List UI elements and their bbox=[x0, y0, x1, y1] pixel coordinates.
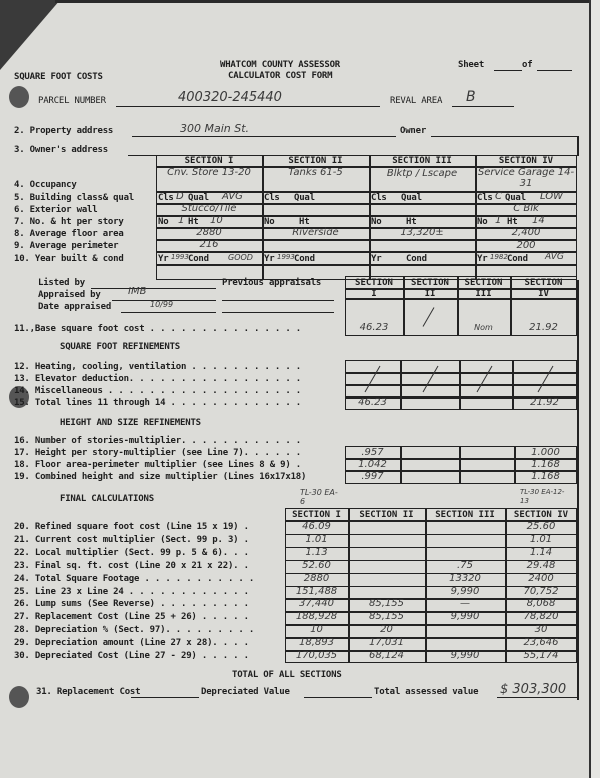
final-row-sec3-value[interactable]: 9,990 bbox=[425, 586, 505, 597]
final-row-label: 20. Refined square foot cost (Line 15 x … bbox=[14, 522, 249, 532]
final-row-sec1-value[interactable]: 10 bbox=[285, 624, 348, 635]
total-11-14-sec4[interactable]: 21.92 bbox=[512, 397, 577, 408]
building-class-label: 5. Building class& qual bbox=[14, 193, 134, 203]
ht-label-sec4: Ht bbox=[507, 217, 517, 227]
final-row-sec1-value[interactable]: 170,035 bbox=[285, 650, 348, 661]
class-label-sec4: Cls bbox=[477, 193, 493, 203]
page-top-edge bbox=[55, 0, 600, 3]
ht-label-sec1: Ht bbox=[188, 217, 198, 227]
no-label-sec2: No bbox=[264, 217, 274, 227]
grid-divider bbox=[400, 446, 402, 484]
yr-label-sec2: Yr bbox=[264, 254, 274, 264]
square-foot-costs-title: SQUARE FOOT COSTS bbox=[14, 72, 103, 82]
parcel-number-label: PARCEL NUMBER bbox=[38, 96, 106, 106]
grid-row-line bbox=[156, 264, 577, 266]
floor-area-label: 8. Average floor area bbox=[14, 229, 124, 239]
grid-row-line bbox=[156, 251, 577, 253]
final-row-sec1-value[interactable]: 52.60 bbox=[285, 560, 348, 571]
final-row-sec3-value[interactable]: 9,990 bbox=[425, 611, 505, 622]
final-row-sec4-value[interactable]: 70,752 bbox=[505, 586, 577, 597]
occupancy-sec4[interactable]: Service Garage 14-31 bbox=[477, 167, 575, 189]
final-section-2-header: SECTION II bbox=[348, 510, 425, 520]
previous-appraisal-field-1[interactable] bbox=[222, 300, 334, 301]
final-section-3-header: SECTION III bbox=[425, 510, 505, 520]
section-1-header-bottom: I bbox=[345, 289, 403, 299]
section-2-header-bottom: II bbox=[403, 289, 457, 299]
section-4-header-bottom: IV bbox=[510, 289, 577, 299]
owner-field[interactable] bbox=[431, 136, 577, 137]
final-row-label: 21. Current cost multiplier (Sect. 99 p.… bbox=[14, 535, 249, 545]
final-section-1-header: SECTION I bbox=[285, 510, 348, 520]
cond-label-sec1: Cond bbox=[188, 254, 209, 264]
class-sec4[interactable]: C bbox=[495, 191, 502, 202]
grid-divider bbox=[400, 360, 402, 410]
occupancy-label: 4. Occupancy bbox=[14, 180, 77, 190]
final-row-sec4-value[interactable]: 30 bbox=[505, 624, 577, 635]
floor-area-sec4[interactable]: 2,400 bbox=[477, 227, 575, 238]
base-cost-sec3[interactable]: Nom bbox=[457, 323, 510, 332]
base-cost-sec4[interactable]: 21.92 bbox=[510, 322, 577, 333]
final-row-sec4-value[interactable]: 23,646 bbox=[505, 637, 577, 648]
class-label-sec1: Cls bbox=[158, 193, 174, 203]
qual-label-sec2: Qual bbox=[294, 193, 315, 203]
final-row-sec4-value[interactable]: 55,174 bbox=[505, 650, 577, 661]
final-row-sec4-value[interactable]: 1.01 bbox=[505, 534, 577, 545]
of-label: of bbox=[522, 60, 532, 70]
qual-sec1[interactable]: AVG bbox=[222, 191, 243, 202]
cond-label-sec4: Cond bbox=[507, 254, 528, 264]
final-section-4-header: SECTION IV bbox=[505, 510, 577, 520]
total-11-14-label: 15. Total lines 11 through 14 . . . . . … bbox=[14, 398, 301, 408]
final-row-label: 26. Lump sums (See Reverse) . . . . . . … bbox=[14, 599, 249, 609]
height-multiplier-label: 17. Height per story-multiplier (see Lin… bbox=[14, 448, 301, 458]
no-sec1[interactable]: 1 bbox=[178, 215, 184, 226]
no-sec4[interactable]: 1 bbox=[495, 215, 501, 226]
cond-label-sec3: Cond bbox=[406, 254, 427, 264]
totals-title: TOTAL OF ALL SECTIONS bbox=[232, 670, 342, 680]
depreciated-value-field[interactable] bbox=[304, 697, 372, 698]
reval-area-field[interactable] bbox=[452, 106, 514, 107]
date-appraised-value: 10/99 bbox=[150, 300, 173, 309]
final-row-sec4-value[interactable]: 1.14 bbox=[505, 547, 577, 558]
height-multiplier-sec1[interactable]: .957 bbox=[345, 447, 400, 458]
year-built-label: 10. Year built & cond bbox=[14, 254, 124, 264]
ht-sec4[interactable]: 14 bbox=[532, 215, 545, 226]
page-right-edge bbox=[589, 0, 600, 778]
base-cost-sec1[interactable]: 46.23 bbox=[345, 322, 403, 333]
final-row-sec1-value[interactable]: 37,440 bbox=[285, 598, 348, 609]
owner-label: Owner bbox=[400, 126, 426, 136]
final-row-sec1-value[interactable]: 1.01 bbox=[285, 534, 348, 545]
final-row-sec1-value[interactable]: 46.09 bbox=[285, 521, 348, 532]
annotation-sec4: TL-30 EA-12-13 bbox=[520, 488, 570, 506]
sheet-label: Sheet bbox=[458, 60, 484, 70]
previous-appraisals-label: Previous appraisals bbox=[222, 278, 321, 288]
miscellaneous-label: 14. Miscellaneous . . . . . . . . . . . … bbox=[14, 386, 301, 396]
year-sec4[interactable]: 1982 bbox=[490, 253, 508, 261]
date-appraised-label: Date appraised bbox=[38, 302, 111, 312]
final-row-sec3-value[interactable]: — bbox=[425, 598, 505, 609]
final-row-label: 30. Depreciated Cost (Line 27 - 29) . . … bbox=[14, 651, 249, 661]
section-2-header: SECTION II bbox=[262, 156, 369, 166]
replacement-cost-field[interactable] bbox=[131, 697, 199, 698]
property-address-value: 300 Main St. bbox=[180, 122, 249, 135]
stories-label: 7. No. & ht per story bbox=[14, 217, 124, 227]
floor-area-sec1[interactable]: 2880 bbox=[158, 227, 260, 238]
qual-label-sec1: Qual bbox=[188, 193, 209, 203]
section-4-header: SECTION IV bbox=[475, 156, 577, 166]
final-row-sec2-value[interactable]: 68,124 bbox=[348, 650, 425, 661]
no-label-sec1: No bbox=[158, 217, 168, 227]
hvac-label: 12. Heating, cooling, ventilation . . . … bbox=[14, 362, 301, 372]
floor-area-multiplier-sec1[interactable]: 1.042 bbox=[345, 459, 400, 470]
previous-appraisal-field-2[interactable] bbox=[222, 312, 334, 313]
grid-row-line bbox=[345, 372, 577, 374]
yr-label-sec1: Yr bbox=[158, 254, 168, 264]
right-border bbox=[577, 280, 579, 700]
occupancy-sec3[interactable]: Blktp / Lscape bbox=[371, 168, 473, 179]
exterior-wall-sec1[interactable]: Stucco/Tile bbox=[158, 203, 260, 214]
base-cost-label: 11.,Base square foot cost . . . . . . . … bbox=[14, 324, 301, 334]
final-row-label: 25. Line 23 x Line 24 . . . . . . . . . … bbox=[14, 587, 249, 597]
final-row-sec2-value[interactable]: 20 bbox=[348, 624, 425, 635]
exterior-wall-sec4[interactable]: C Blk bbox=[477, 203, 575, 214]
qual-label-sec3: Qual bbox=[401, 193, 422, 203]
final-row-sec1-value[interactable]: 188,928 bbox=[285, 611, 348, 622]
stories-multiplier-label: 16. Number of stories-multiplier. . . . … bbox=[14, 436, 301, 446]
final-row-label: 28. Depreciation % (Sect. 97). . . . . .… bbox=[14, 625, 254, 635]
final-row-label: 27. Replacement Cost (Line 25 + 26) . . … bbox=[14, 612, 249, 622]
floor-area-sec3[interactable]: 13,320± bbox=[371, 227, 473, 238]
class-label-sec3: Cls bbox=[371, 193, 387, 203]
replacement-cost-label: 31. Replacement Cost bbox=[36, 687, 140, 697]
listed-by-field[interactable] bbox=[91, 288, 216, 289]
property-address-field[interactable] bbox=[132, 136, 396, 137]
exterior-wall-label: 6. Exterior wall bbox=[14, 205, 98, 215]
combined-multiplier-label: 19. Combined height and size multiplier … bbox=[14, 472, 306, 482]
property-address-label: 2. Property address bbox=[14, 126, 113, 136]
ht-label-sec2: Ht bbox=[299, 217, 309, 227]
reval-area-value: B bbox=[466, 89, 476, 105]
section-3-header-top: SECTION bbox=[457, 278, 510, 288]
yr-label-sec4: Yr bbox=[477, 254, 487, 264]
section-3-header-bottom: III bbox=[457, 289, 510, 299]
punch-hole-icon bbox=[9, 86, 29, 108]
listed-by-label: Listed by bbox=[38, 278, 85, 288]
combined-multiplier-sec4[interactable]: 1.168 bbox=[514, 471, 577, 482]
cond-label-sec2: Cond bbox=[294, 254, 315, 264]
punch-hole-icon bbox=[9, 686, 29, 708]
ht-sec1[interactable]: 10 bbox=[210, 215, 223, 226]
final-row-sec1-value[interactable]: 151,488 bbox=[285, 586, 348, 597]
section-1-header: SECTION I bbox=[156, 156, 262, 166]
height-size-title: HEIGHT AND SIZE REFINEMENTS bbox=[60, 418, 201, 428]
yr-label-sec3: Yr bbox=[371, 254, 381, 264]
perimeter-sec4[interactable]: 200 bbox=[477, 240, 575, 251]
year-sec1[interactable]: 1993 bbox=[171, 253, 189, 261]
floor-area-sec2[interactable]: Riverside bbox=[264, 227, 367, 238]
ht-label-sec3: Ht bbox=[406, 217, 416, 227]
final-row-sec4-value[interactable]: 78,820 bbox=[505, 611, 577, 622]
assessor-form-page: WHATCOM COUNTY ASSESSOR CALCULATOR COST … bbox=[0, 0, 600, 778]
final-row-sec1-value[interactable]: 18,893 bbox=[285, 637, 348, 648]
occupancy-sec2[interactable]: Tanks 61-5 bbox=[264, 167, 367, 178]
qual-label-sec4: Qual bbox=[505, 193, 526, 203]
total-11-14-sec1[interactable]: 46.23 bbox=[345, 397, 400, 408]
class-label-sec2: Cls bbox=[264, 193, 280, 203]
final-row-sec2-value[interactable]: 85,155 bbox=[348, 611, 425, 622]
floor-area-multiplier-sec4[interactable]: 1.168 bbox=[514, 459, 577, 470]
final-row-label: 22. Local multiplier (Sect. 99 p. 5 & 6)… bbox=[14, 548, 249, 558]
final-row-label: 29. Depreciation amount (Line 27 x 28). … bbox=[14, 638, 249, 648]
grid-divider bbox=[459, 446, 461, 484]
of-field[interactable] bbox=[537, 70, 572, 71]
final-row-sec4-value[interactable]: 25.60 bbox=[505, 521, 577, 532]
year-sec2[interactable]: 1993 bbox=[277, 253, 295, 261]
qual-sec4[interactable]: LOW bbox=[540, 191, 563, 202]
final-row-sec2-value[interactable]: 17,031 bbox=[348, 637, 425, 648]
final-row-sec1-value[interactable]: 2880 bbox=[285, 573, 348, 584]
section-2-header-top: SECTION bbox=[403, 278, 457, 288]
section-4-header-top: SECTION bbox=[510, 278, 577, 288]
final-row-sec3-value[interactable]: 13320 bbox=[425, 573, 505, 584]
sq-ft-refinements-title: SQUARE FOOT REFINEMENTS bbox=[60, 342, 180, 352]
parcel-number-value: 400320-245440 bbox=[178, 90, 282, 105]
cond-sec1[interactable]: GOOD bbox=[228, 253, 253, 262]
class-sec1[interactable]: D bbox=[176, 191, 184, 202]
perimeter-label: 9. Average perimeter bbox=[14, 241, 118, 251]
form-title-line1: WHATCOM COUNTY ASSESSOR bbox=[220, 60, 340, 70]
folded-corner bbox=[0, 0, 60, 70]
date-appraised-field[interactable] bbox=[121, 312, 216, 313]
form-title-line2: CALCULATOR COST FORM bbox=[228, 71, 332, 81]
appraised-by-label: Appraised by bbox=[38, 290, 101, 300]
parcel-number-field[interactable] bbox=[116, 106, 380, 107]
final-row-sec4-value[interactable]: 29.48 bbox=[505, 560, 577, 571]
total-assessed-value-label: Total assessed value bbox=[374, 687, 478, 697]
total-assessed-value: $ 303,300 bbox=[500, 682, 566, 697]
owners-address-label: 3. Owner's address bbox=[14, 145, 108, 155]
final-calculations-title: FINAL CALCULATIONS bbox=[60, 494, 154, 504]
sheet-field[interactable] bbox=[494, 70, 522, 71]
reval-area-label: REVAL AREA bbox=[390, 96, 442, 106]
final-row-sec4-value[interactable]: 2400 bbox=[505, 573, 577, 584]
border-line bbox=[577, 136, 579, 156]
appraised-by-value: IMB bbox=[128, 286, 146, 297]
final-row-sec3-value[interactable]: 9,990 bbox=[425, 650, 505, 661]
perimeter-sec1[interactable]: 216 bbox=[158, 239, 260, 250]
height-multiplier-sec4[interactable]: 1.000 bbox=[514, 447, 577, 458]
depreciated-value-label: Depreciated Value bbox=[201, 687, 290, 697]
no-label-sec3: No bbox=[371, 217, 381, 227]
total-assessed-value-field[interactable] bbox=[497, 697, 577, 698]
section-1-header-top: SECTION bbox=[345, 278, 403, 288]
final-row-label: 24. Total Square Footage . . . . . . . .… bbox=[14, 574, 254, 584]
final-row-sec3-value[interactable]: .75 bbox=[425, 560, 505, 571]
cond-sec4[interactable]: AVG bbox=[545, 252, 564, 262]
floor-area-multiplier-label: 18. Floor area-perimeter multiplier (see… bbox=[14, 460, 301, 470]
section-3-header: SECTION III bbox=[369, 156, 475, 166]
final-row-label: 23. Final sq. ft. cost (Line 20 x 21 x 2… bbox=[14, 561, 249, 571]
final-row-sec1-value[interactable]: 1.13 bbox=[285, 547, 348, 558]
occupancy-sec1[interactable]: Cnv. Store 13-20 bbox=[158, 167, 260, 178]
grid-divider bbox=[459, 360, 461, 410]
annotation-sec1: TL-30 EA-6 bbox=[300, 488, 340, 506]
final-row-sec2-value[interactable]: 85,155 bbox=[348, 598, 425, 609]
combined-multiplier-sec1[interactable]: .997 bbox=[345, 471, 400, 482]
no-label-sec4: No bbox=[477, 217, 487, 227]
elevator-label: 13. Elevator deduction. . . . . . . . . … bbox=[14, 374, 301, 384]
final-row-sec4-value[interactable]: 8,068 bbox=[505, 598, 577, 609]
